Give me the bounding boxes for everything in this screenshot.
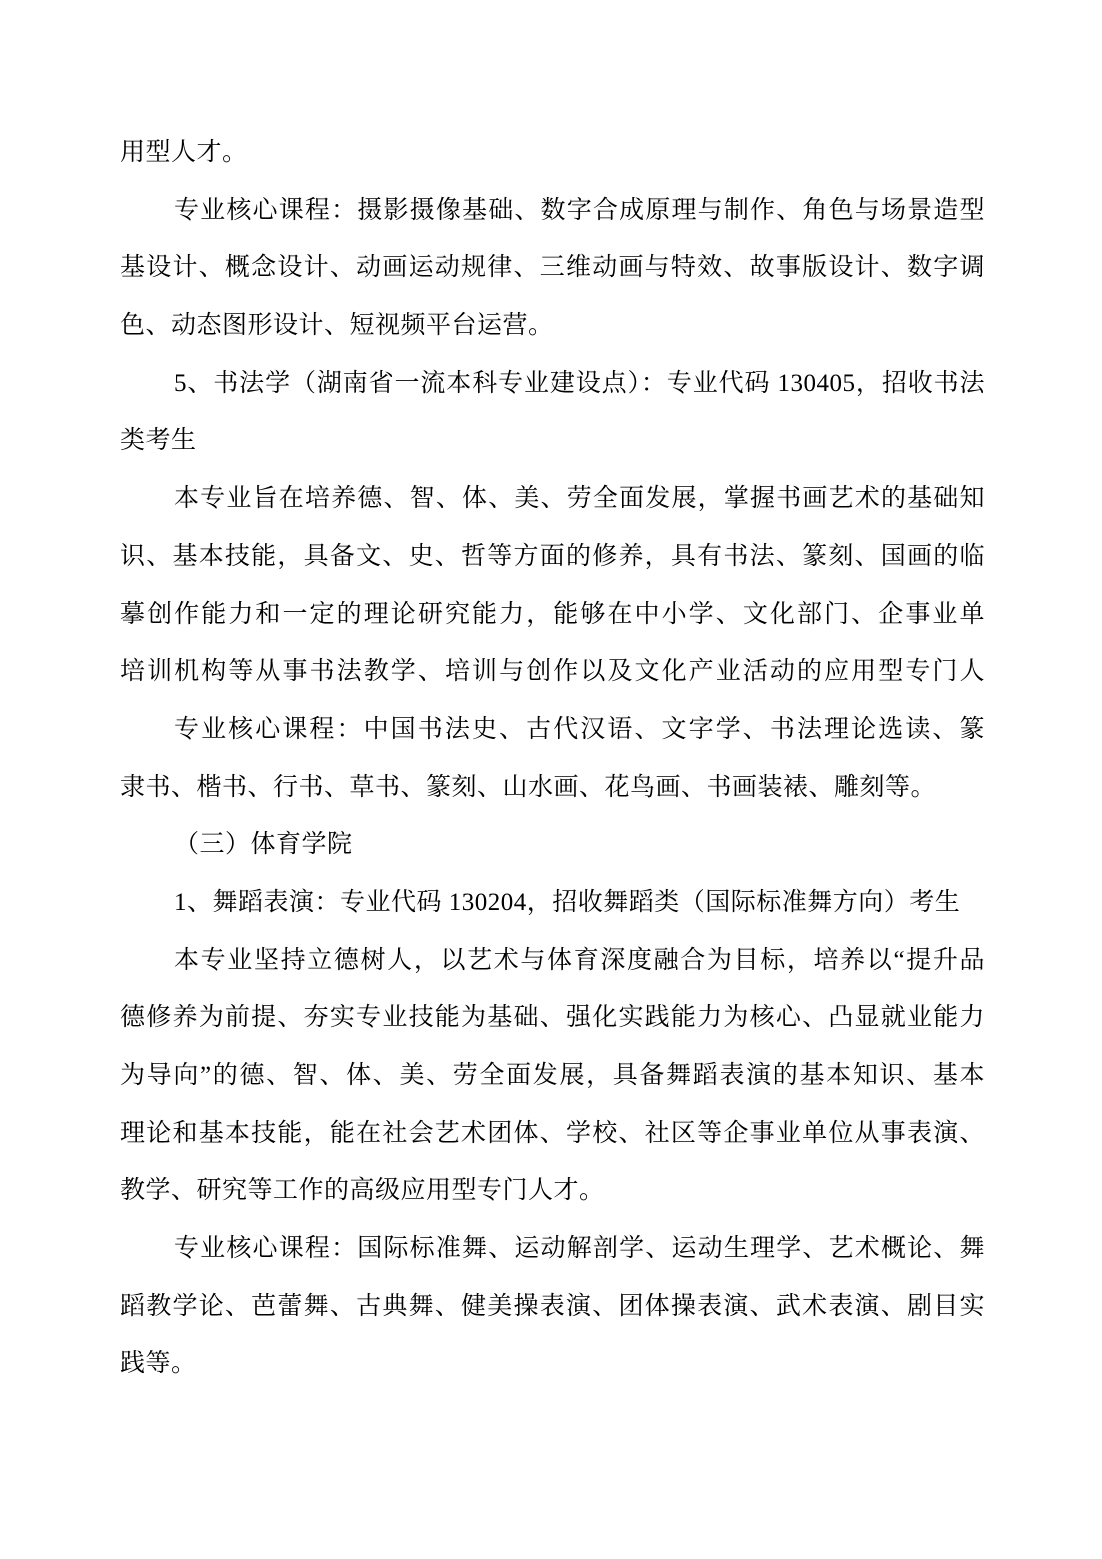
text-line: 本专业坚持立德树人，以艺术与体育深度融合为目标，培养以“提升品 — [120, 932, 985, 990]
text-line: 识、基本技能，具备文、史、哲等方面的修养，具有书法、篆刻、国画的临 — [120, 528, 985, 586]
text-line: 1、舞蹈表演：专业代码 130204，招收舞蹈类（国际标准舞方向）考生 — [120, 874, 985, 932]
text-line: 摹创作能力和一定的理论研究能力，能够在中小学、文化部门、企事业单位、 — [120, 586, 985, 644]
text-line: 教学、研究等工作的高级应用型专门人才。 — [120, 1162, 985, 1220]
text-line: 5、书法学（湖南省一流本科专业建设点）：专业代码 130405，招收书法 — [120, 355, 985, 413]
text-line: 德修养为前提、夯实专业技能为基础、强化实践能力为核心、凸显就业能力 — [120, 989, 985, 1047]
text-line: 专业核心课程：中国书法史、古代汉语、文字学、书法理论选读、篆书、 — [120, 701, 985, 759]
text-line: 本专业旨在培养德、智、体、美、劳全面发展，掌握书画艺术的基础知 — [120, 470, 985, 528]
text-line: 践等。 — [120, 1335, 985, 1393]
text-line: 培训机构等从事书法教学、培训与创作以及文化产业活动的应用型专门人才。 — [120, 643, 985, 701]
text-line: （三）体育学院 — [120, 816, 985, 874]
text-line: 理论和基本技能，能在社会艺术团体、学校、社区等企事业单位从事表演、 — [120, 1105, 985, 1163]
text-line: 为导向”的德、智、体、美、劳全面发展，具备舞蹈表演的基本知识、基本 — [120, 1047, 985, 1105]
text-line: 用型人才。 — [120, 124, 985, 182]
text-line: 类考生 — [120, 412, 985, 470]
text-line: 隶书、楷书、行书、草书、篆刻、山水画、花鸟画、书画装裱、雕刻等。 — [120, 759, 985, 817]
text-line: 专业核心课程：摄影摄像基础、数字合成原理与制作、角色与场景造型 — [120, 182, 985, 240]
document-page: 用型人才。专业核心课程：摄影摄像基础、数字合成原理与制作、角色与场景造型基设计、… — [0, 0, 1102, 1559]
document-text-block: 用型人才。专业核心课程：摄影摄像基础、数字合成原理与制作、角色与场景造型基设计、… — [120, 0, 985, 1393]
text-line: 蹈教学论、芭蕾舞、古典舞、健美操表演、团体操表演、武术表演、剧目实 — [120, 1278, 985, 1336]
text-line: 专业核心课程：国际标准舞、运动解剖学、运动生理学、艺术概论、舞 — [120, 1220, 985, 1278]
text-line: 基设计、概念设计、动画运动规律、三维动画与特效、故事版设计、数字调 — [120, 239, 985, 297]
text-line: 色、动态图形设计、短视频平台运营。 — [120, 297, 985, 355]
